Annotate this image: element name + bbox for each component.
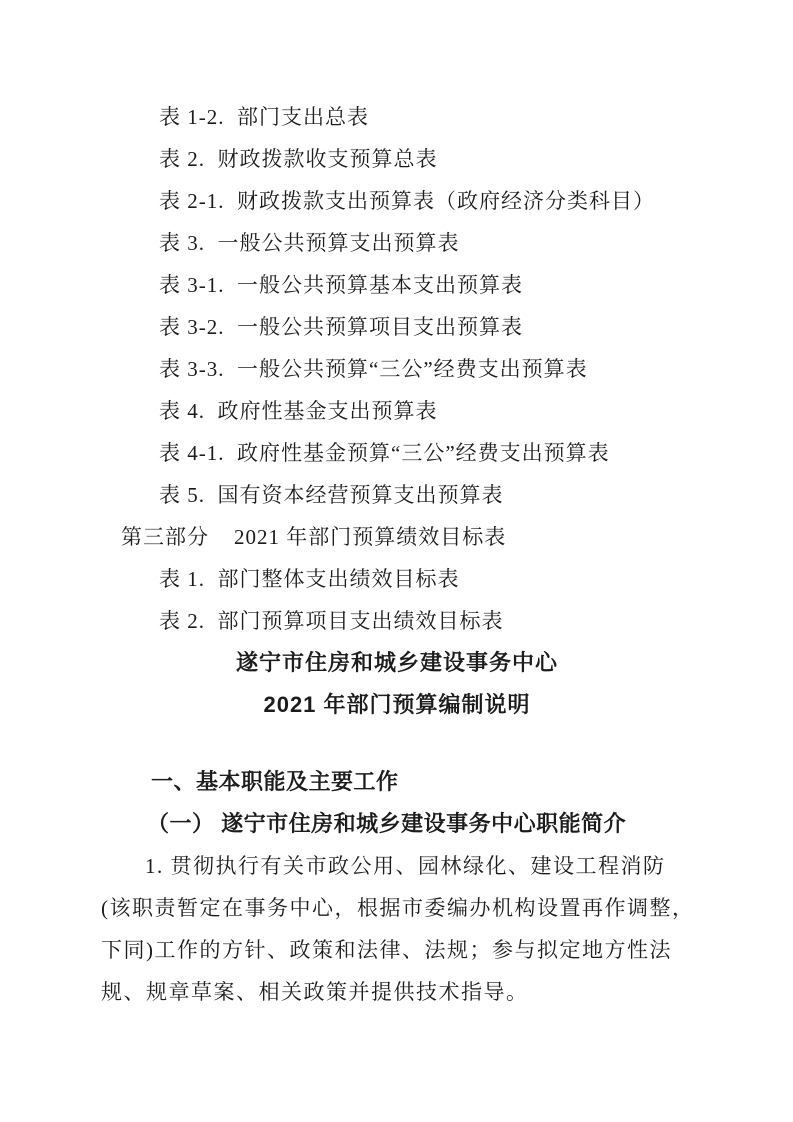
document-title-line-2: 2021 年部门预算编制说明 <box>101 684 693 726</box>
paragraph-line: 下同)工作的方针、政策和法律、法规；参与拟定地方性法 <box>101 929 693 971</box>
toc-entry: 表 3-1. 一般公共预算基本支出预算表 <box>101 264 693 306</box>
document-page: 表 1-2. 部门支出总表 表 2. 财政拨款收支预算总表 表 2-1. 财政拨… <box>0 0 793 1122</box>
subsection-heading-functions-intro: （一） 遂宁市住房和城乡建设事务中心职能简介 <box>101 803 693 845</box>
section-heading-basic-functions: 一、基本职能及主要工作 <box>101 761 693 803</box>
toc-entry: 表 2-1. 财政拨款支出预算表（政府经济分类科目） <box>101 180 693 222</box>
toc-part-heading: 第三部分 2021 年部门预算绩效目标表 <box>101 516 693 558</box>
toc-entry: 表 4. 政府性基金支出预算表 <box>101 390 693 432</box>
paragraph-line: 1. 贯彻执行有关市政公用、园林绿化、建设工程消防 <box>101 845 693 887</box>
toc-entry: 表 5. 国有资本经营预算支出预算表 <box>101 474 693 516</box>
paragraph-line: 规、规章草案、相关政策并提供技术指导。 <box>101 971 693 1013</box>
toc-entry: 表 3. 一般公共预算支出预算表 <box>101 222 693 264</box>
toc-entry: 表 3-3. 一般公共预算“三公”经费支出预算表 <box>101 348 693 390</box>
toc-entry: 表 4-1. 政府性基金预算“三公”经费支出预算表 <box>101 432 693 474</box>
toc-entry: 表 2. 财政拨款收支预算总表 <box>101 138 693 180</box>
document-title-line-1: 遂宁市住房和城乡建设事务中心 <box>101 642 693 684</box>
toc-entry: 表 2. 部门预算项目支出绩效目标表 <box>101 600 693 642</box>
toc-entry: 表 1-2. 部门支出总表 <box>101 96 693 138</box>
paragraph-line: (该职责暂定在事务中心，根据市委编办机构设置再作调整， <box>101 887 693 929</box>
toc-entry: 表 1. 部门整体支出绩效目标表 <box>101 558 693 600</box>
toc-entry: 表 3-2. 一般公共预算项目支出预算表 <box>101 306 693 348</box>
page-content: 表 1-2. 部门支出总表 表 2. 财政拨款收支预算总表 表 2-1. 财政拨… <box>101 96 693 1013</box>
